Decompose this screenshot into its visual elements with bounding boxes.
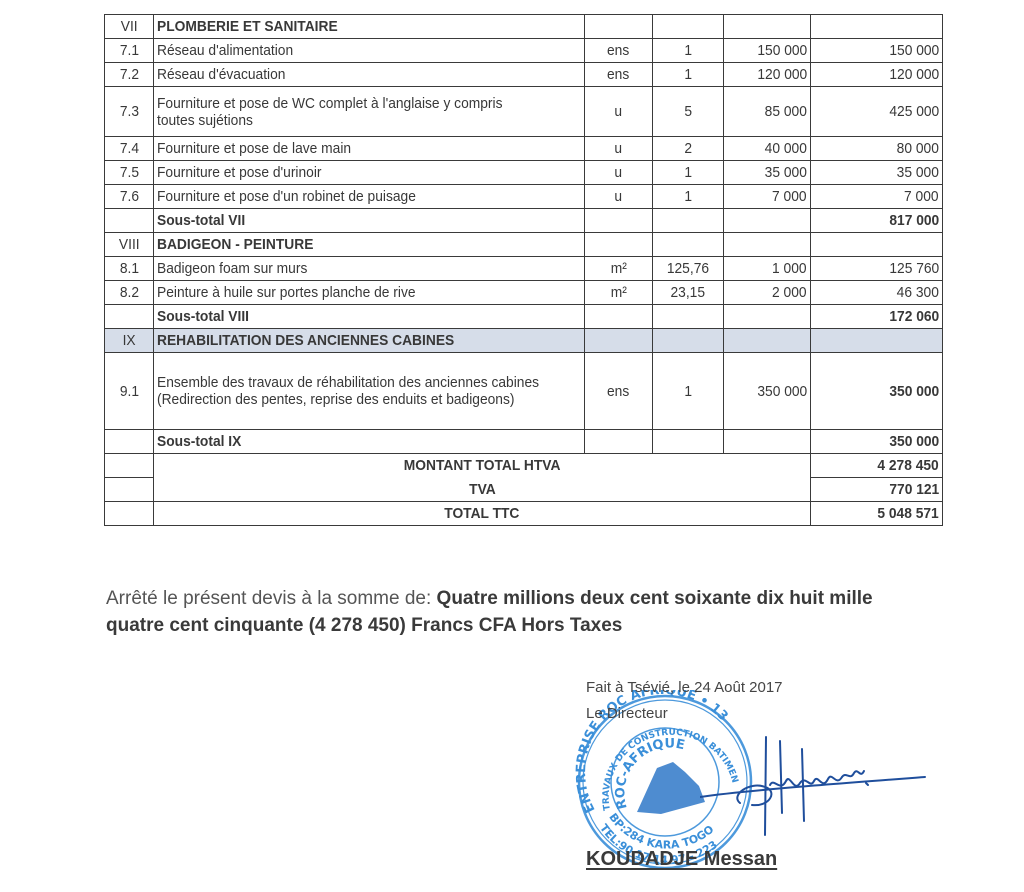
item-description-line: Peinture à huile sur portes planche de r… (157, 284, 416, 301)
item-quantity-text: 1 (684, 66, 692, 83)
item-total: 425 000 (811, 87, 943, 137)
section-code-text: IX (122, 332, 135, 349)
total-htva-value-text: 4 278 450 (878, 457, 939, 474)
item-description-line: toutes sujétions (157, 112, 253, 129)
item-unit: u (585, 137, 653, 161)
tva-value-text: 770 121 (889, 481, 939, 498)
table-row: 8.2Peinture à huile sur portes planche d… (105, 281, 943, 305)
place-date: Fait à Tsévié, le 24 Août 2017 (586, 679, 783, 696)
tva-row: TVA770 121 (105, 478, 943, 502)
item-unit-text: m² (610, 260, 626, 277)
item-total: 125 760 (811, 257, 943, 281)
tva-label: TVA (154, 478, 811, 502)
item-total-text: 120 000 (889, 66, 939, 83)
section-title-text: REHABILITATION DES ANCIENNES CABINES (157, 332, 454, 349)
total-ttc-value: 5 048 571 (811, 502, 943, 526)
item-quantity-text: 1 (684, 42, 692, 59)
section-code: VIII (105, 233, 154, 257)
item-unit-price: 7 000 (724, 185, 811, 209)
item-description-line: Réseau d'évacuation (157, 66, 285, 83)
empty-cell (724, 209, 811, 233)
item-total: 46 300 (811, 281, 943, 305)
item-number-text: 7.5 (119, 164, 138, 181)
empty-cell (811, 233, 943, 257)
subtotal-value: 172 060 (811, 305, 943, 329)
item-unit-price: 120 000 (724, 63, 811, 87)
arrete-amount-line2: quatre cent cinquante (4 278 450) Francs… (106, 615, 622, 636)
item-unit-text: ens (607, 383, 629, 400)
subtotal-label: Sous-total VII (154, 209, 585, 233)
subtotal-value-text: 817 000 (889, 212, 939, 229)
item-number: 8.1 (105, 257, 154, 281)
item-unit-price: 35 000 (724, 161, 811, 185)
item-total-text: 350 000 (889, 383, 939, 400)
empty-cell (105, 502, 154, 526)
empty-cell (653, 430, 724, 454)
item-unit: m² (585, 257, 653, 281)
subtotal-label: Sous-total IX (154, 430, 585, 454)
empty-cell (105, 430, 154, 454)
item-number: 7.5 (105, 161, 154, 185)
table-row: 7.1Réseau d'alimentationens1150 000150 0… (105, 39, 943, 63)
item-number: 7.4 (105, 137, 154, 161)
empty-cell (105, 478, 154, 502)
item-unit-text: u (615, 103, 623, 120)
item-description-line: Badigeon foam sur murs (157, 260, 307, 277)
subtotal-row: Sous-total IX350 000 (105, 430, 943, 454)
item-description-line: (Redirection des pentes, reprise des end… (157, 391, 514, 408)
item-unit: u (585, 87, 653, 137)
item-number-text: 7.1 (119, 42, 138, 59)
tva-value: 770 121 (811, 478, 943, 502)
item-total-text: 425 000 (889, 103, 939, 120)
item-unit: ens (585, 353, 653, 430)
subtotal-value-text: 172 060 (889, 308, 939, 325)
empty-cell (585, 233, 653, 257)
item-unit-price-text: 40 000 (765, 140, 807, 157)
item-number: 7.2 (105, 63, 154, 87)
item-description-line: Ensemble des travaux de réhabilitation d… (157, 374, 539, 391)
item-unit-price: 150 000 (724, 39, 811, 63)
item-total-text: 35 000 (897, 164, 939, 181)
item-unit-text: u (615, 140, 623, 157)
item-unit-price-text: 35 000 (765, 164, 807, 181)
item-number: 8.2 (105, 281, 154, 305)
section-title-text: BADIGEON - PEINTURE (157, 236, 313, 253)
item-unit-price-text: 350 000 (757, 383, 807, 400)
empty-cell (724, 329, 811, 353)
item-total: 7 000 (811, 185, 943, 209)
item-number-text: 8.1 (119, 260, 138, 277)
total-ttc-label-text: TOTAL TTC (444, 505, 519, 522)
item-quantity-text: 125,76 (667, 260, 709, 277)
signatory-name: KOUDADJE Messan (586, 848, 777, 871)
item-description-line: Fourniture et pose d'un robinet de puisa… (157, 188, 416, 205)
item-description: Fourniture et pose de lave main (154, 137, 585, 161)
section-title: REHABILITATION DES ANCIENNES CABINES (154, 329, 585, 353)
item-unit-price: 350 000 (724, 353, 811, 430)
signatory-role: Le Directeur (586, 705, 668, 722)
subtotal-label-text: Sous-total VII (157, 212, 245, 229)
item-quantity: 2 (653, 137, 724, 161)
section-code-text: VIII (119, 236, 140, 253)
item-total: 120 000 (811, 63, 943, 87)
item-quantity: 1 (653, 161, 724, 185)
item-unit-text: u (615, 188, 623, 205)
empty-cell (653, 15, 724, 39)
table-row: 7.5Fourniture et pose d'urinoiru135 0003… (105, 161, 943, 185)
total-htva-value: 4 278 450 (811, 454, 943, 478)
arrete-prefix: Arrêté le présent devis à la somme de: (106, 588, 437, 609)
item-total: 35 000 (811, 161, 943, 185)
subtotal-label-text: Sous-total IX (157, 433, 241, 450)
quote-table: VIIPLOMBERIE ET SANITAIRE7.1Réseau d'ali… (104, 14, 943, 526)
item-unit-price-text: 2 000 (772, 284, 807, 301)
handwritten-signature-icon (700, 725, 940, 845)
item-unit-text: ens (607, 42, 629, 59)
item-number-text: 7.2 (119, 66, 138, 83)
empty-cell (585, 430, 653, 454)
item-unit: ens (585, 63, 653, 87)
total-ttc-value-text: 5 048 571 (878, 505, 939, 522)
subtotal-value: 350 000 (811, 430, 943, 454)
total-htva-label-text: MONTANT TOTAL HTVA (404, 457, 561, 474)
item-description: Réseau d'évacuation (154, 63, 585, 87)
item-unit-text: m² (610, 284, 626, 301)
section-title: BADIGEON - PEINTURE (154, 233, 585, 257)
item-number: 7.6 (105, 185, 154, 209)
subtotal-row: Sous-total VIII172 060 (105, 305, 943, 329)
item-number-text: 7.6 (119, 188, 138, 205)
section-code: IX (105, 329, 154, 353)
item-quantity-text: 1 (684, 383, 692, 400)
empty-cell (653, 233, 724, 257)
item-unit-price: 85 000 (724, 87, 811, 137)
empty-cell (585, 15, 653, 39)
item-quantity: 1 (653, 39, 724, 63)
item-quantity-text: 5 (684, 103, 692, 120)
total-htva-label: MONTANT TOTAL HTVA (154, 454, 811, 478)
empty-cell (585, 305, 653, 329)
item-quantity-text: 2 (684, 140, 692, 157)
item-quantity: 1 (653, 185, 724, 209)
empty-cell (653, 209, 724, 233)
item-unit-price: 40 000 (724, 137, 811, 161)
section-title-text: PLOMBERIE ET SANITAIRE (157, 18, 338, 35)
total-ttc-row: TOTAL TTC5 048 571 (105, 502, 943, 526)
item-unit-price-text: 7 000 (772, 188, 807, 205)
item-number-text: 9.1 (119, 383, 138, 400)
item-total-text: 125 760 (889, 260, 939, 277)
empty-cell (724, 15, 811, 39)
section-header-row: VIIPLOMBERIE ET SANITAIRE (105, 15, 943, 39)
item-number-text: 7.3 (119, 103, 138, 120)
empty-cell (105, 454, 154, 478)
item-unit: u (585, 161, 653, 185)
table-row: 7.2Réseau d'évacuationens1120 000120 000 (105, 63, 943, 87)
subtotal-value: 817 000 (811, 209, 943, 233)
item-quantity-text: 23,15 (671, 284, 706, 301)
empty-cell (724, 430, 811, 454)
item-description-line: Fourniture et pose de WC complet à l'ang… (157, 95, 502, 112)
empty-cell (653, 305, 724, 329)
item-description: Badigeon foam sur murs (154, 257, 585, 281)
subtotal-value-text: 350 000 (889, 433, 939, 450)
total-ttc-label: TOTAL TTC (154, 502, 811, 526)
item-description: Réseau d'alimentation (154, 39, 585, 63)
item-unit-text: ens (607, 66, 629, 83)
section-title: PLOMBERIE ET SANITAIRE (154, 15, 585, 39)
item-unit: u (585, 185, 653, 209)
item-number-text: 8.2 (119, 284, 138, 301)
section-code: VII (105, 15, 154, 39)
item-total-text: 46 300 (897, 284, 939, 301)
item-description: Fourniture et pose de WC complet à l'ang… (154, 87, 585, 137)
item-unit: ens (585, 39, 653, 63)
item-quantity: 23,15 (653, 281, 724, 305)
arrete-amount-line1: Quatre millions deux cent soixante dix h… (437, 588, 873, 609)
subtotal-row: Sous-total VII817 000 (105, 209, 943, 233)
section-code-text: VII (121, 18, 138, 35)
total-htva-row: MONTANT TOTAL HTVA4 278 450 (105, 454, 943, 478)
table-row: 7.4Fourniture et pose de lave mainu240 0… (105, 137, 943, 161)
item-unit: m² (585, 281, 653, 305)
item-total: 150 000 (811, 39, 943, 63)
table-row: 7.3Fourniture et pose de WC complet à l'… (105, 87, 943, 137)
section-header-row: IXREHABILITATION DES ANCIENNES CABINES (105, 329, 943, 353)
item-number-text: 7.4 (119, 140, 138, 157)
item-unit-price: 1 000 (724, 257, 811, 281)
item-description-line: Réseau d'alimentation (157, 42, 293, 59)
table-row: 8.1Badigeon foam sur mursm²125,761 00012… (105, 257, 943, 281)
item-quantity: 1 (653, 353, 724, 430)
item-unit-price: 2 000 (724, 281, 811, 305)
item-description-line: Fourniture et pose d'urinoir (157, 164, 321, 181)
item-total: 350 000 (811, 353, 943, 430)
section-header-row: VIIIBADIGEON - PEINTURE (105, 233, 943, 257)
item-unit-price-text: 85 000 (765, 103, 807, 120)
item-description: Peinture à huile sur portes planche de r… (154, 281, 585, 305)
empty-cell (724, 233, 811, 257)
item-description: Fourniture et pose d'urinoir (154, 161, 585, 185)
empty-cell (105, 209, 154, 233)
item-unit-price-text: 150 000 (757, 42, 807, 59)
tva-label-text: TVA (469, 481, 496, 498)
item-unit-price-text: 1 000 (772, 260, 807, 277)
item-total-text: 7 000 (904, 188, 939, 205)
empty-cell (105, 305, 154, 329)
item-description: Ensemble des travaux de réhabilitation d… (154, 353, 585, 430)
item-total: 80 000 (811, 137, 943, 161)
empty-cell (811, 15, 943, 39)
item-total-text: 80 000 (897, 140, 939, 157)
subtotal-label-text: Sous-total VIII (157, 308, 249, 325)
item-unit-price-text: 120 000 (757, 66, 807, 83)
item-total-text: 150 000 (889, 42, 939, 59)
empty-cell (724, 305, 811, 329)
item-number: 7.3 (105, 87, 154, 137)
empty-cell (585, 209, 653, 233)
empty-cell (653, 329, 724, 353)
item-number: 9.1 (105, 353, 154, 430)
item-number: 7.1 (105, 39, 154, 63)
empty-cell (585, 329, 653, 353)
table-row: 7.6Fourniture et pose d'un robinet de pu… (105, 185, 943, 209)
item-quantity-text: 1 (684, 164, 692, 181)
arrete-statement: Arrêté le présent devis à la somme de: Q… (106, 585, 926, 639)
item-quantity: 125,76 (653, 257, 724, 281)
item-quantity: 1 (653, 63, 724, 87)
item-quantity: 5 (653, 87, 724, 137)
item-description-line: Fourniture et pose de lave main (157, 140, 351, 157)
table-row: 9.1Ensemble des travaux de réhabilitatio… (105, 353, 943, 430)
item-description: Fourniture et pose d'un robinet de puisa… (154, 185, 585, 209)
item-quantity-text: 1 (684, 188, 692, 205)
item-unit-text: u (615, 164, 623, 181)
empty-cell (811, 329, 943, 353)
subtotal-label: Sous-total VIII (154, 305, 585, 329)
